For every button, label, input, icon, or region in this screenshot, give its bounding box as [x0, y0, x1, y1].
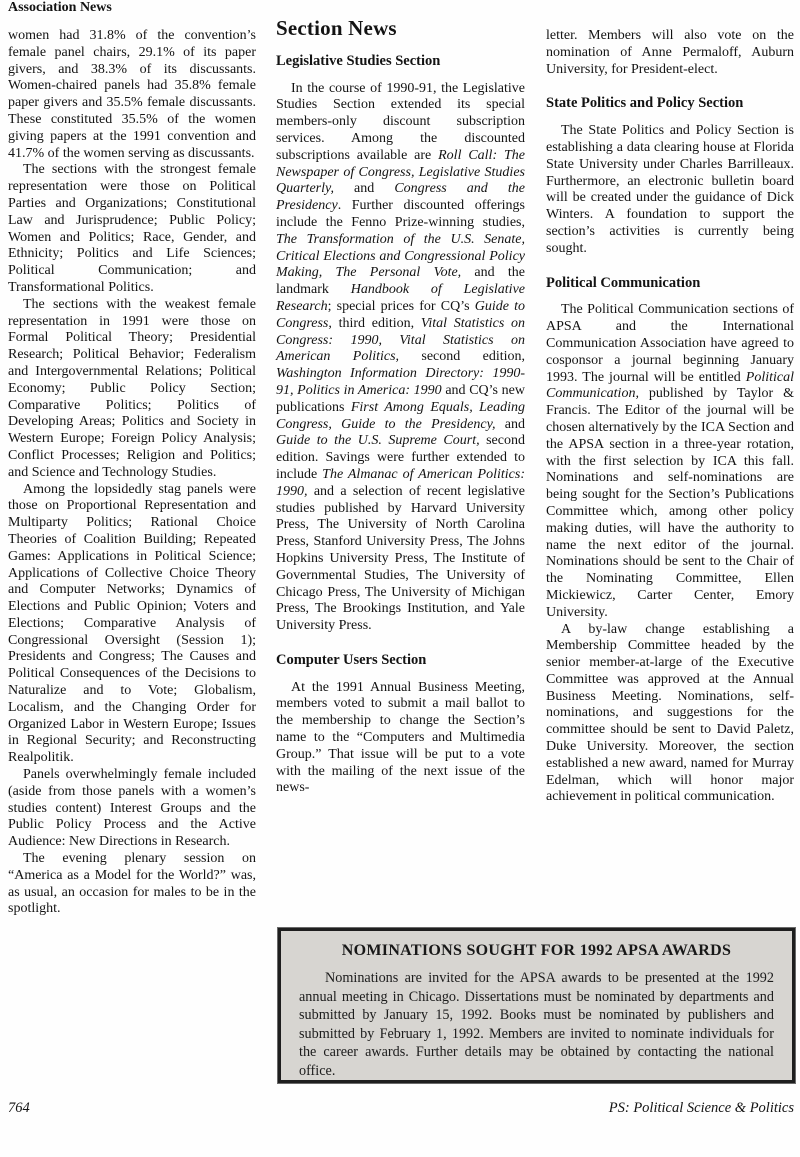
nominations-notice-box: NOMINATIONS SOUGHT FOR 1992 APSA AWARDS … — [278, 928, 795, 1083]
section-news-title: Section News — [276, 20, 525, 37]
paragraph: At the 1991 Annual Business Meeting, mem… — [276, 680, 525, 798]
paragraph: The evening plenary session on “America … — [8, 851, 256, 918]
journal-title: PS: Political Science & Politics — [609, 1100, 794, 1117]
column-left: women had 31.8% of the convention’s fema… — [8, 28, 256, 918]
column-right: letter. Members will also vote on the no… — [546, 28, 794, 806]
paragraph: women had 31.8% of the convention’s fema… — [8, 28, 256, 162]
column-middle: Section News Legislative Studies Section… — [276, 20, 525, 797]
notice-box-title: NOMINATIONS SOUGHT FOR 1992 APSA AWARDS — [299, 942, 774, 960]
paragraph: Among the lopsidedly stag panels were th… — [8, 482, 256, 768]
paragraph: The Political Communication sections of … — [546, 302, 794, 621]
article-heading-state-politics: State Politics and Policy Section — [546, 95, 794, 112]
notice-box-body: Nominations are invited for the APSA awa… — [299, 969, 774, 1081]
paragraph: Panels overwhelmingly female included (a… — [8, 767, 256, 851]
paragraph: letter. Members will also vote on the no… — [546, 28, 794, 78]
paragraph: The sections with the strongest female r… — [8, 162, 256, 296]
paragraph: The State Politics and Policy Section is… — [546, 123, 794, 257]
article-heading-computer-users: Computer Users Section — [276, 652, 525, 669]
paragraph: A by-law change establishing a Membershi… — [546, 622, 794, 807]
paragraph: The sections with the weakest female rep… — [8, 297, 256, 482]
paragraph: In the course of 1990-91, the Legislativ… — [276, 81, 525, 635]
page-number: 764 — [8, 1100, 30, 1117]
article-heading-legislative-studies: Legislative Studies Section — [276, 53, 525, 70]
running-head: Association News — [8, 0, 112, 16]
article-heading-political-communication: Political Communication — [546, 275, 794, 292]
